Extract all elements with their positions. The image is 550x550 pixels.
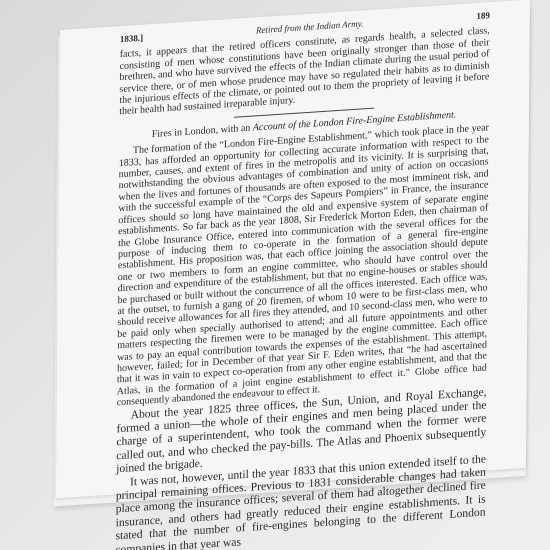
paper-stack: 1838.] Retired from the Indian Army. 189…	[56, 0, 530, 500]
page-content: 1838.] Retired from the Indian Army. 189…	[115, 10, 490, 550]
body-paragraph-1: The formation of the “London Fire-Engine…	[117, 122, 489, 408]
printed-page: 1838.] Retired from the Indian Army. 189…	[56, 0, 530, 498]
section-title-prefix: Fires in London, with an	[152, 123, 251, 140]
page-number: 189	[476, 10, 490, 22]
running-head-year: 1838.]	[120, 33, 143, 46]
